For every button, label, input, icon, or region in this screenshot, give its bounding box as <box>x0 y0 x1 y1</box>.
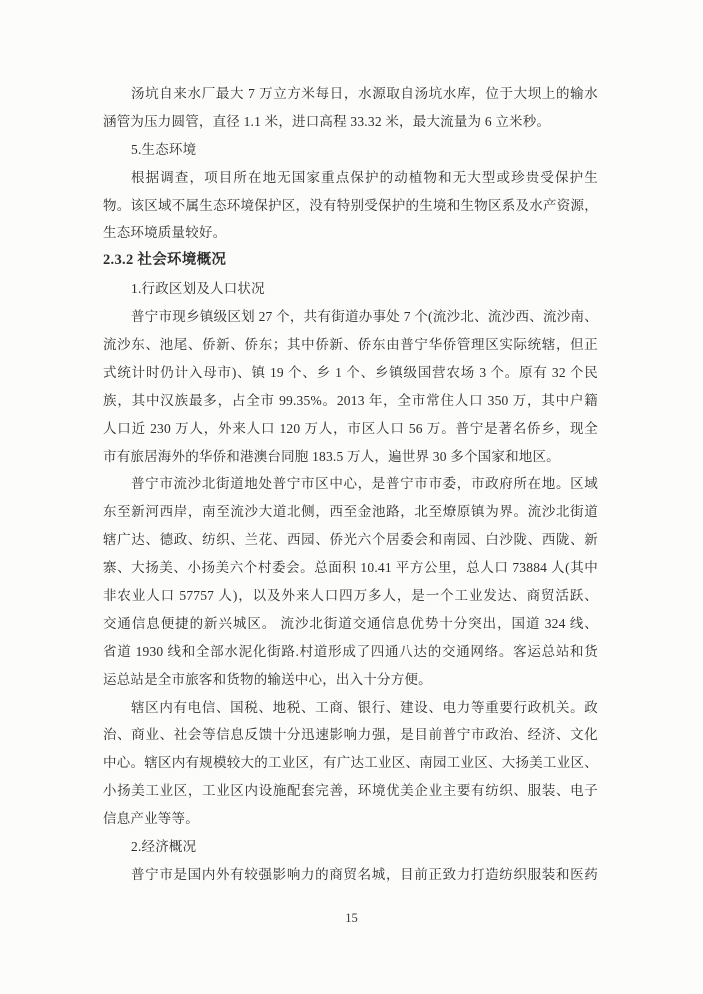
text-line: 普宁市流沙北街道地处普宁市区中心，是普宁市市委，市政府所在地。区域 <box>103 470 598 498</box>
text-line: 治、商业、社会等信息反馈十分迅速影响力强，是目前普宁市政治、经济、文化 <box>103 721 598 749</box>
text-line: 辖广达、德政、纺织、兰花、西园、侨光六个居委会和南园、白沙陇、西陇、新 <box>103 526 598 554</box>
text-line: 根据调查，项目所在地无国家重点保护的动植物和无大型或珍贵受保护生 <box>103 164 598 192</box>
paragraph: 普宁市现乡镇级区划 27 个，共有街道办事处 7 个(流沙北、流沙西、流沙南、流… <box>103 303 598 470</box>
paragraph: 汤坑自来水厂最大 7 万立方米每日，水源取自汤坑水库，位于大坝上的输水涵管为压力… <box>103 80 598 136</box>
text-line: 1.行政区划及人口状况 <box>103 275 598 303</box>
text-line: 人口近 230 万人，外来人口 120 万人，市区人口 56 万。普宁是著名侨乡… <box>103 415 598 443</box>
text-line: 非农业人口 57757 人)，以及外来人口四万多人，是一个工业发达、商贸活跃、 <box>103 582 598 610</box>
text-line: 式统计时仍计入母市)、镇 19 个、乡 1 个、乡镇级国营农场 3 个。原有 3… <box>103 359 598 387</box>
text-line: 寨、大扬美、小扬美六个村委会。总面积 10.41 平方公里，总人口 73884 … <box>103 554 598 582</box>
text-line: 生态环境质量较好。 <box>103 219 598 247</box>
text-line: 汤坑自来水厂最大 7 万立方米每日，水源取自汤坑水库，位于大坝上的输水 <box>103 80 598 108</box>
text-line: 物。该区域不属生态环境保护区，没有特别受保护的生境和生物区系及水产资源， <box>103 192 598 220</box>
paragraph: 辖区内有电信、国税、地税、工商、银行、建设、电力等重要行政机关。政治、商业、社会… <box>103 694 598 833</box>
text-line: 普宁市现乡镇级区划 27 个，共有街道办事处 7 个(流沙北、流沙西、流沙南、 <box>103 303 598 331</box>
text-line: 东至新河西岸，南至流沙大道北侧，西至金池路，北至燎原镇为界。流沙北街道 <box>103 498 598 526</box>
text-line: 2.3.2 社会环境概况 <box>103 247 598 275</box>
section-heading: 2.3.2 社会环境概况 <box>103 247 598 275</box>
text-line: 信息产业等等。 <box>103 805 598 833</box>
paragraph: 1.行政区划及人口状况 <box>103 275 598 303</box>
text-line: 2.经济概况 <box>103 833 598 861</box>
text-line: 市有旅居海外的华侨和港澳台同胞 183.5 万人，遍世界 30 多个国家和地区。 <box>103 443 598 471</box>
text-line: 小扬美工业区，工业区内设施配套完善，环境优美企业主要有纺织、服装、电子 <box>103 777 598 805</box>
text-line: 5.生态环境 <box>103 136 598 164</box>
text-line: 交通信息便捷的新兴城区。 流沙北街道交通信息优势十分突出，国道 324 线、 <box>103 610 598 638</box>
text-line: 涵管为压力圆管，直径 1.1 米，进口高程 33.32 米，最大流量为 6 立米… <box>103 108 598 136</box>
paragraph: 2.经济概况 <box>103 833 598 861</box>
paragraph: 普宁市流沙北街道地处普宁市区中心，是普宁市市委，市政府所在地。区域东至新河西岸，… <box>103 470 598 693</box>
paragraph: 根据调查，项目所在地无国家重点保护的动植物和无大型或珍贵受保护生物。该区域不属生… <box>103 164 598 248</box>
text-line: 普宁市是国内外有较强影响力的商贸名城，目前正致力打造纺织服装和医药 <box>103 861 598 889</box>
text-line: 运总站是全市旅客和货物的输送中心，出入十分方便。 <box>103 666 598 694</box>
text-line: 辖区内有电信、国税、地税、工商、银行、建设、电力等重要行政机关。政 <box>103 694 598 722</box>
paragraph: 5.生态环境 <box>103 136 598 164</box>
document-body: 汤坑自来水厂最大 7 万立方米每日，水源取自汤坑水库，位于大坝上的输水涵管为压力… <box>103 80 598 889</box>
text-line: 省道 1930 线和全部水泥化街路.村道形成了四通八达的交通网络。客运总站和货 <box>103 638 598 666</box>
text-line: 族，其中汉族最多，占全市 99.35%。2013 年，全市常住人口 350 万，… <box>103 387 598 415</box>
text-line: 中心。辖区内有规模较大的工业区，有广达工业区、南园工业区、大扬美工业区、 <box>103 749 598 777</box>
document-page: 汤坑自来水厂最大 7 万立方米每日，水源取自汤坑水库，位于大坝上的输水涵管为压力… <box>0 0 703 994</box>
paragraph: 普宁市是国内外有较强影响力的商贸名城，目前正致力打造纺织服装和医药 <box>103 861 598 889</box>
text-line: 流沙东、池尾、侨新、侨东；其中侨新、侨东由普宁华侨管理区实际统辖，但正 <box>103 331 598 359</box>
page-number: 15 <box>0 911 703 926</box>
